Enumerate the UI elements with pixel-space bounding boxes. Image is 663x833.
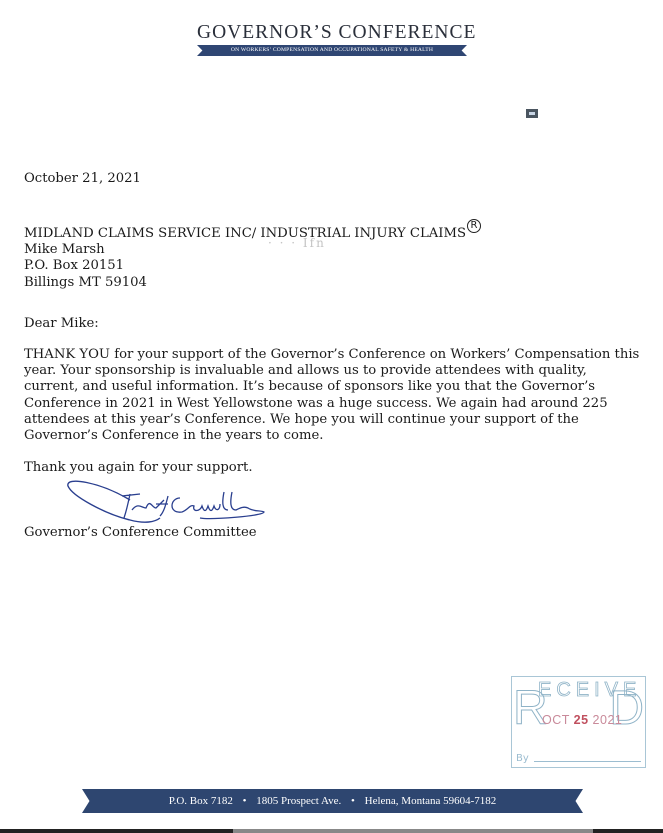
signer-name: Governor’s Conference Committee	[24, 525, 257, 541]
scan-edge-rule	[0, 829, 663, 833]
signature	[60, 474, 270, 526]
stamp-last-letter: D	[609, 679, 644, 739]
registered-mark-icon: R	[467, 219, 481, 233]
letterhead-subtitle-ribbon: ON WORKERS’ COMPENSATION AND OCCUPATIONA…	[197, 45, 467, 56]
stamp-by-line	[534, 761, 641, 762]
scan-mark-icon	[526, 109, 538, 118]
stamp-by-label: By	[516, 753, 529, 764]
recipient-city: Billings MT 59104	[24, 275, 481, 291]
greeting: Dear Mike:	[24, 316, 99, 332]
letterhead-title: GOVERNOR’S CONFERENCE	[197, 22, 467, 44]
footer-ribbon: P.O. Box 7182 • 1805 Prospect Ave. • Hel…	[82, 789, 583, 813]
recipient-address: MIDLAND CLAIMS SERVICE INC/ INDUSTRIAL I…	[24, 219, 481, 291]
footer-po-box: P.O. Box 7182	[169, 795, 233, 807]
recipient-po-box: P.O. Box 20151	[24, 258, 481, 274]
faint-stray-text: · · · Ifn	[268, 236, 326, 250]
footer-street: 1805 Prospect Ave.	[256, 795, 341, 807]
footer-city: Helena, Montana 59604-7182	[365, 795, 497, 807]
letterhead: GOVERNOR’S CONFERENCE ON WORKERS’ COMPEN…	[197, 22, 467, 56]
recipient-company: MIDLAND CLAIMS SERVICE INC/ INDUSTRIAL I…	[24, 226, 466, 241]
bullet-separator-icon: •	[243, 795, 247, 807]
stamp-date: OCT 25 2021	[542, 713, 622, 727]
received-stamp: R ECEIVE D OCT 25 2021 By	[511, 676, 646, 768]
bullet-separator-icon: •	[351, 795, 355, 807]
letter-body: THANK YOU for your support of the Govern…	[24, 347, 644, 444]
recipient-name: Mike Marsh	[24, 242, 481, 258]
letter-date: October 21, 2021	[24, 171, 141, 187]
